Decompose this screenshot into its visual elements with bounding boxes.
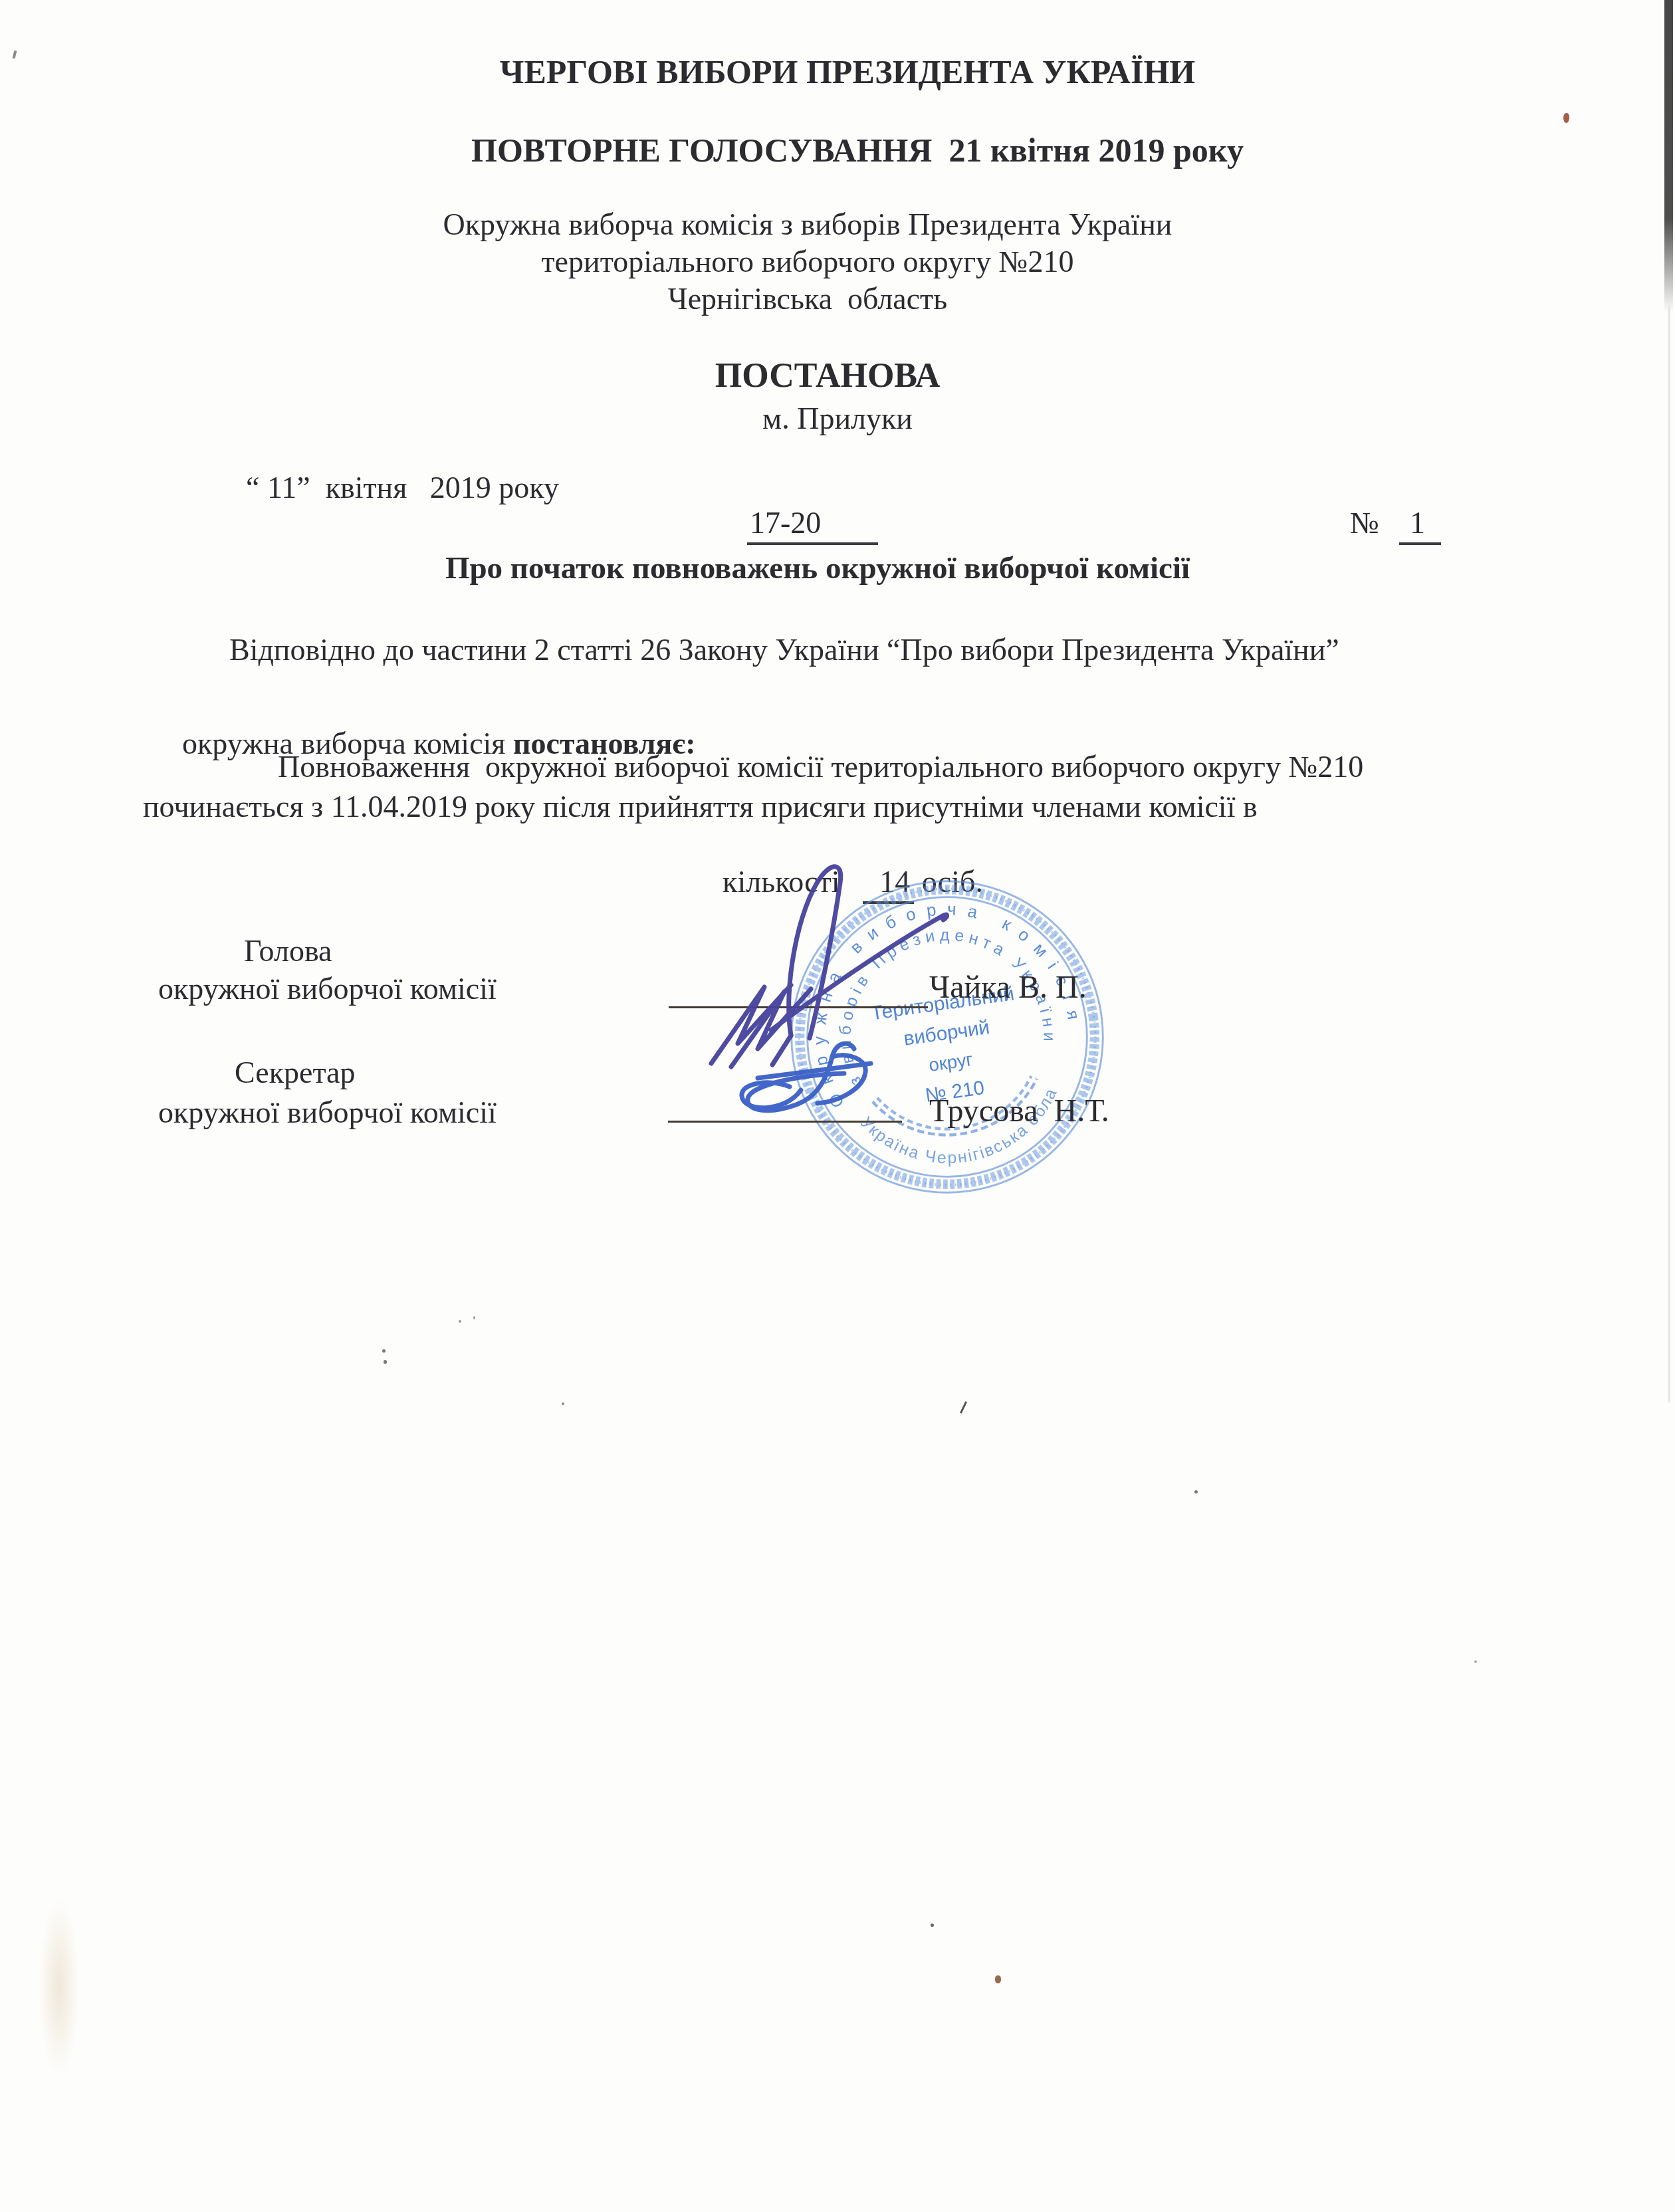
scan-speck bbox=[1194, 1490, 1198, 1493]
scan-edge-strip bbox=[1664, 0, 1673, 312]
commission-region: Чернігівська область bbox=[0, 282, 1615, 317]
act-city: м. Прилуки bbox=[0, 401, 1675, 437]
body-paragraph1-line1: Відповідно до частини 2 статті 26 Закону… bbox=[229, 633, 1339, 668]
body-paragraph2-line1: Повноваження окружної виборчої комісії т… bbox=[278, 750, 1363, 785]
scanned-document-page: ЧЕРГОВІ ВИБОРИ ПРЕЗИДЕНТА УКРАЇНИ ПОВТОР… bbox=[0, 0, 1675, 2212]
scan-speck bbox=[382, 1349, 386, 1353]
secretary-role-line1: Секретар bbox=[235, 1055, 356, 1091]
commission-name-line2: територіального виборчого округу №210 bbox=[0, 245, 1615, 280]
scan-smudge-left bbox=[39, 1898, 80, 2077]
scan-speck bbox=[459, 1320, 461, 1323]
act-number-value: 1 bbox=[1399, 506, 1441, 545]
act-title: ПОСТАНОВА bbox=[0, 356, 1655, 396]
scan-speck bbox=[931, 1924, 934, 1927]
scan-speck-brown bbox=[995, 1975, 1001, 1983]
scan-speck bbox=[562, 1402, 564, 1405]
chairman-role-line1: Голова bbox=[244, 934, 332, 969]
scan-speck bbox=[384, 1360, 387, 1364]
secretary-role-line2: окружної виборчої комісії bbox=[158, 1095, 497, 1131]
election-header-line1: ЧЕРГОВІ ВИБОРИ ПРЕЗИДЕНТА УКРАЇНИ bbox=[0, 53, 1675, 92]
body-paragraph2-line2: починається з 11.04.2019 року після прий… bbox=[143, 790, 1258, 825]
commission-name-line1: Окружна виборча комісія з виборів Презид… bbox=[0, 207, 1615, 243]
scan-speck bbox=[1474, 1660, 1477, 1663]
secretary-signature-ink bbox=[718, 1027, 931, 1166]
act-subject: Про початок повноважень окружної виборчо… bbox=[0, 550, 1635, 586]
act-code-value: 17-20 bbox=[747, 506, 878, 545]
chairman-role-line2: окружної виборчої комісії bbox=[158, 972, 497, 1007]
scan-speck-slash bbox=[960, 1401, 967, 1413]
scan-edge-faint-line bbox=[1668, 306, 1670, 1402]
act-date: “ 11” квітня 2019 року bbox=[246, 471, 559, 506]
election-header-line2: ПОВТОРНЕ ГОЛОСУВАННЯ 21 квітня 2019 року bbox=[0, 132, 1675, 170]
scan-speck bbox=[473, 1316, 475, 1319]
scan-speck-red bbox=[1563, 113, 1569, 123]
number-sign: № bbox=[1350, 506, 1379, 540]
secretary-name: Трусова Н.Т. bbox=[929, 1093, 1109, 1129]
